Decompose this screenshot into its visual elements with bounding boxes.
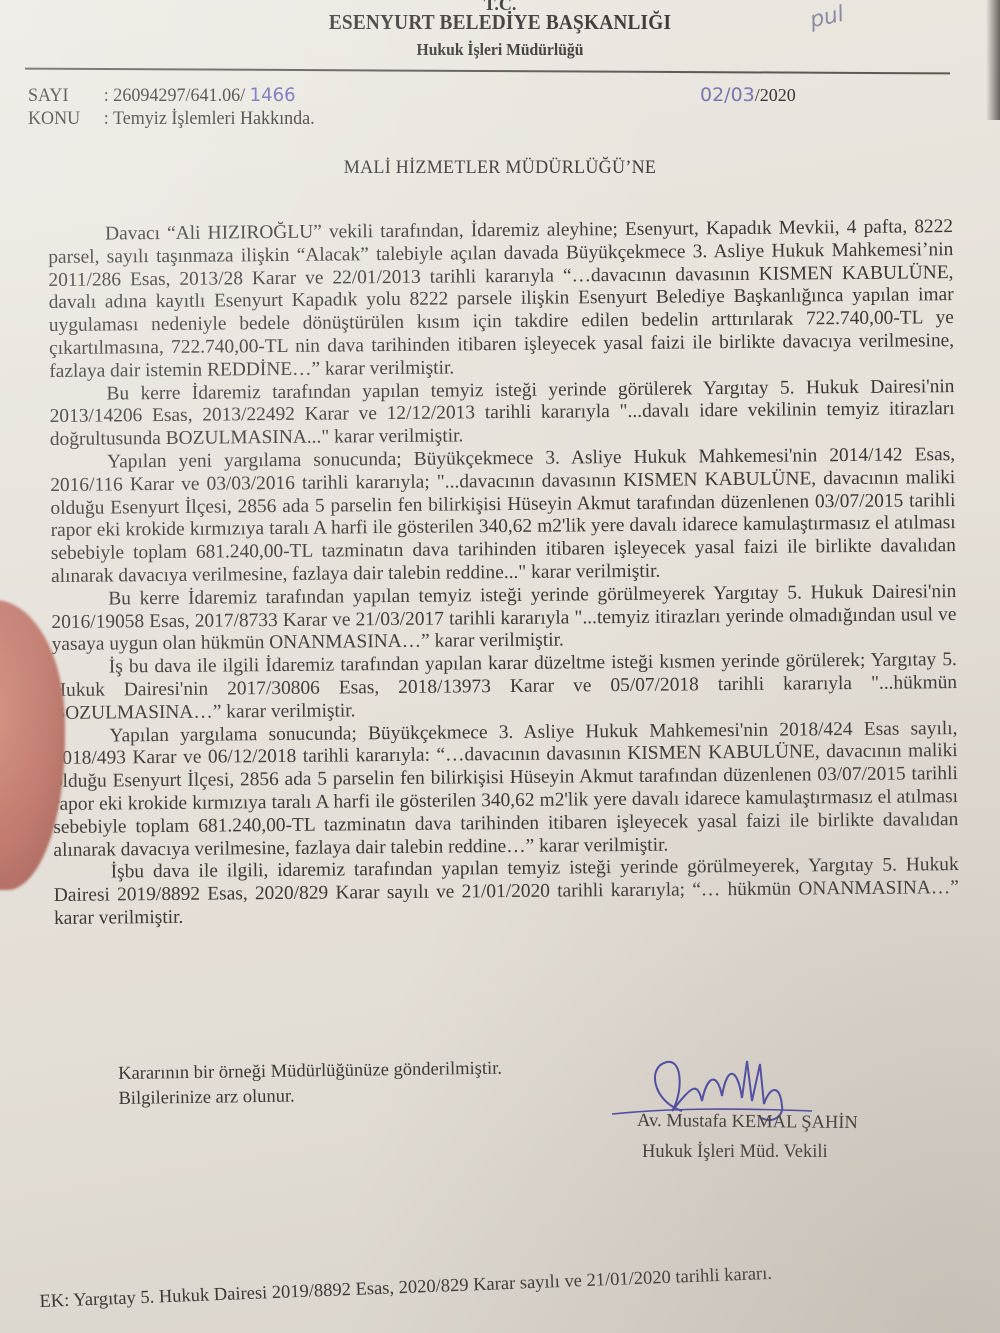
- header-divider: [25, 68, 950, 75]
- signatory-title: Hukuk İşleri Müd. Vekili: [642, 1142, 828, 1163]
- sayi-value: : 26094297/641.06/: [104, 85, 245, 106]
- sayi-handwritten: 1466: [250, 84, 296, 106]
- konu-value: : Temyiz İşlemleri Hakkında.: [104, 108, 315, 129]
- letter-body: Davacı “Ali HIZIROĞLU” vekili tarafından…: [48, 216, 959, 931]
- paper-edge-shadow: [986, 0, 1000, 120]
- paragraph-1: Davacı “Ali HIZIROĞLU” vekili tarafından…: [48, 216, 954, 383]
- subject-row: KONU : Temyiz İşlemleri Hakkında.: [28, 108, 315, 130]
- department-name: Hukuk İşleri Müdürlüğü: [40, 40, 960, 60]
- signatory-name: Av. Mustafa KEMAL ŞAHİN: [637, 1111, 858, 1134]
- paragraph-5: İş bu dava ile ilgili İdaremiz tarafında…: [52, 649, 958, 725]
- closing-block: Kararının bir örneği Müdürlüğünüze gönde…: [118, 1057, 502, 1112]
- paragraph-3: Yapılan yeni yargılama sonucunda; Büyükç…: [50, 444, 956, 589]
- paragraph-2: Bu kerre İdaremiz tarafından yapılan tem…: [49, 376, 955, 452]
- konu-label: KONU: [28, 108, 99, 130]
- document-page: T.C. ESENYURT BELEDİYE BAŞKANLIĞI Hukuk …: [0, 0, 1000, 1333]
- sayi-label: SAYI: [28, 85, 99, 107]
- closing-line-2: Bilgilerinize arz olunur.: [118, 1082, 502, 1112]
- enclosure-note: EK: Yargıtay 5. Hukuk Dairesi 2019/8892 …: [39, 1264, 772, 1313]
- reference-number-row: SAYI : 26094297/641.06/ 1466: [28, 84, 296, 107]
- date-handwritten: 02/03: [700, 84, 755, 106]
- closing-line-1: Kararının bir örneği Müdürlüğünüze gönde…: [118, 1057, 502, 1087]
- paragraph-4: Bu kerre İdaremiz tarafından yapılan tem…: [51, 581, 957, 657]
- addressee: MALİ HİZMETLER MÜDÜRLÜĞÜ’NE: [25, 157, 975, 179]
- date-printed: /2020: [755, 85, 796, 105]
- paragraph-7: İşbu dava ile ilgili, idaremiz tarafında…: [54, 854, 960, 930]
- document-date: 02/03/2020: [700, 84, 796, 106]
- paragraph-6: Yapılan yargılama sonucunda; Büyükçekmec…: [52, 718, 958, 863]
